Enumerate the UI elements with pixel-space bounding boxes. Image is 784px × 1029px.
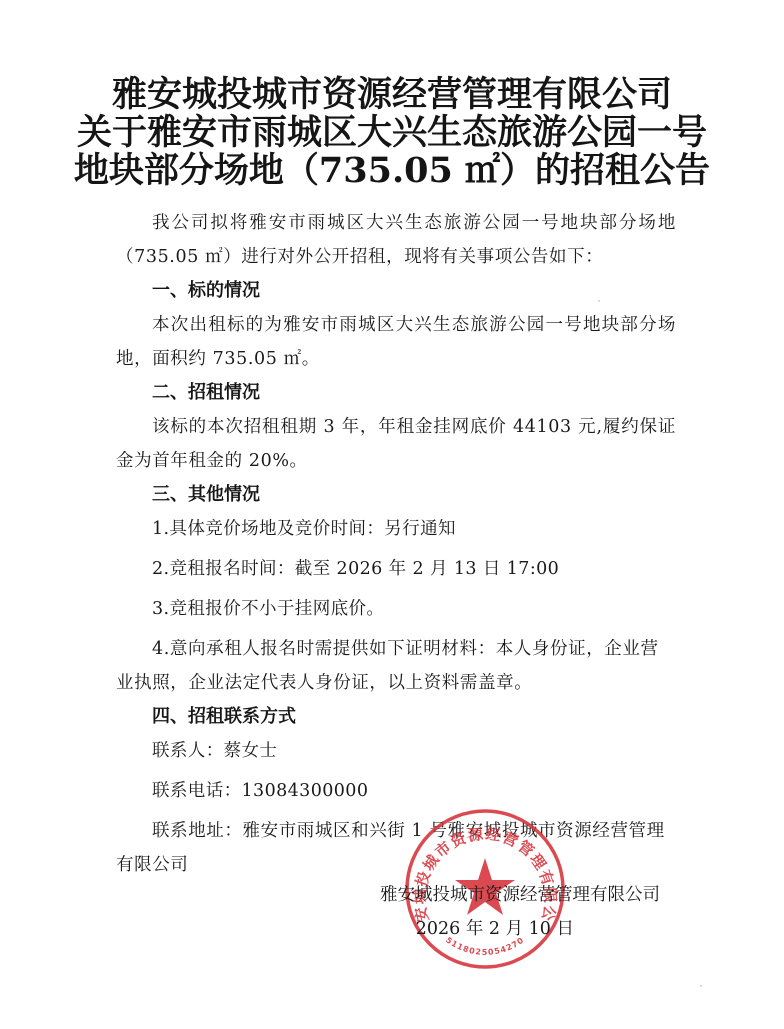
intro-paragraph: 我公司拟将雅安市雨城区大兴生态旅游公园一号地块部分场地（735.05 ㎡）进行对… — [116, 206, 676, 274]
section-heading-2: 二、招租情况 — [116, 376, 676, 410]
document-body: 我公司拟将雅安市雨城区大兴生态旅游公园一号地块部分场地（735.05 ㎡）进行对… — [116, 206, 676, 882]
scan-speck — [700, 985, 702, 987]
title-line-3: 地块部分场地（735.05 ㎡）的招租公告 — [0, 152, 784, 190]
signature-date: 2026 年 2 月 10 日 — [330, 912, 660, 946]
scan-speck — [598, 300, 600, 302]
document-title: 雅安城投城市资源经营管理有限公司 关于雅安市雨城区大兴生态旅游公园一号 地块部分… — [0, 76, 784, 190]
title-line-2: 关于雅安市雨城区大兴生态旅游公园一号 — [0, 114, 784, 152]
signature-block: 雅安城投城市资源经营管理有限公司 2026 年 2 月 10 日 — [330, 878, 660, 946]
section-heading-3: 三、其他情况 — [116, 478, 676, 512]
title-line-1: 雅安城投城市资源经营管理有限公司 — [0, 76, 784, 114]
section-1-paragraph: 本次出租标的为雅安市雨城区大兴生态旅游公园一号地块部分场地，面积约 735.05… — [116, 308, 676, 376]
section-heading-1: 一、标的情况 — [116, 274, 676, 308]
other-item-2: 2.竞租报名时间：截至 2026 年 2 月 13 日 17:00 — [116, 552, 676, 586]
other-item-1: 1.具体竞价场地及竞价时间：另行通知 — [116, 512, 676, 546]
other-item-3: 3.竞租报价不小于挂网底价。 — [116, 592, 676, 626]
contact-address: 联系地址：雅安市雨城区和兴街 1 号雅安城投城市资源经营管理有限公司 — [116, 814, 676, 882]
other-item-4: 4.意向承租人报名时需提供如下证明材料：本人身份证，企业营业执照，企业法定代表人… — [116, 632, 676, 700]
signature-company: 雅安城投城市资源经营管理有限公司 — [330, 878, 660, 912]
section-2-paragraph: 该标的本次招租租期 3 年，年租金挂网底价 44103 元,履约保证金为首年租金… — [116, 410, 676, 478]
contact-person: 联系人：蔡女士 — [116, 734, 676, 768]
contact-phone: 联系电话：13084300000 — [116, 774, 676, 808]
section-heading-4: 四、招租联系方式 — [116, 700, 676, 734]
